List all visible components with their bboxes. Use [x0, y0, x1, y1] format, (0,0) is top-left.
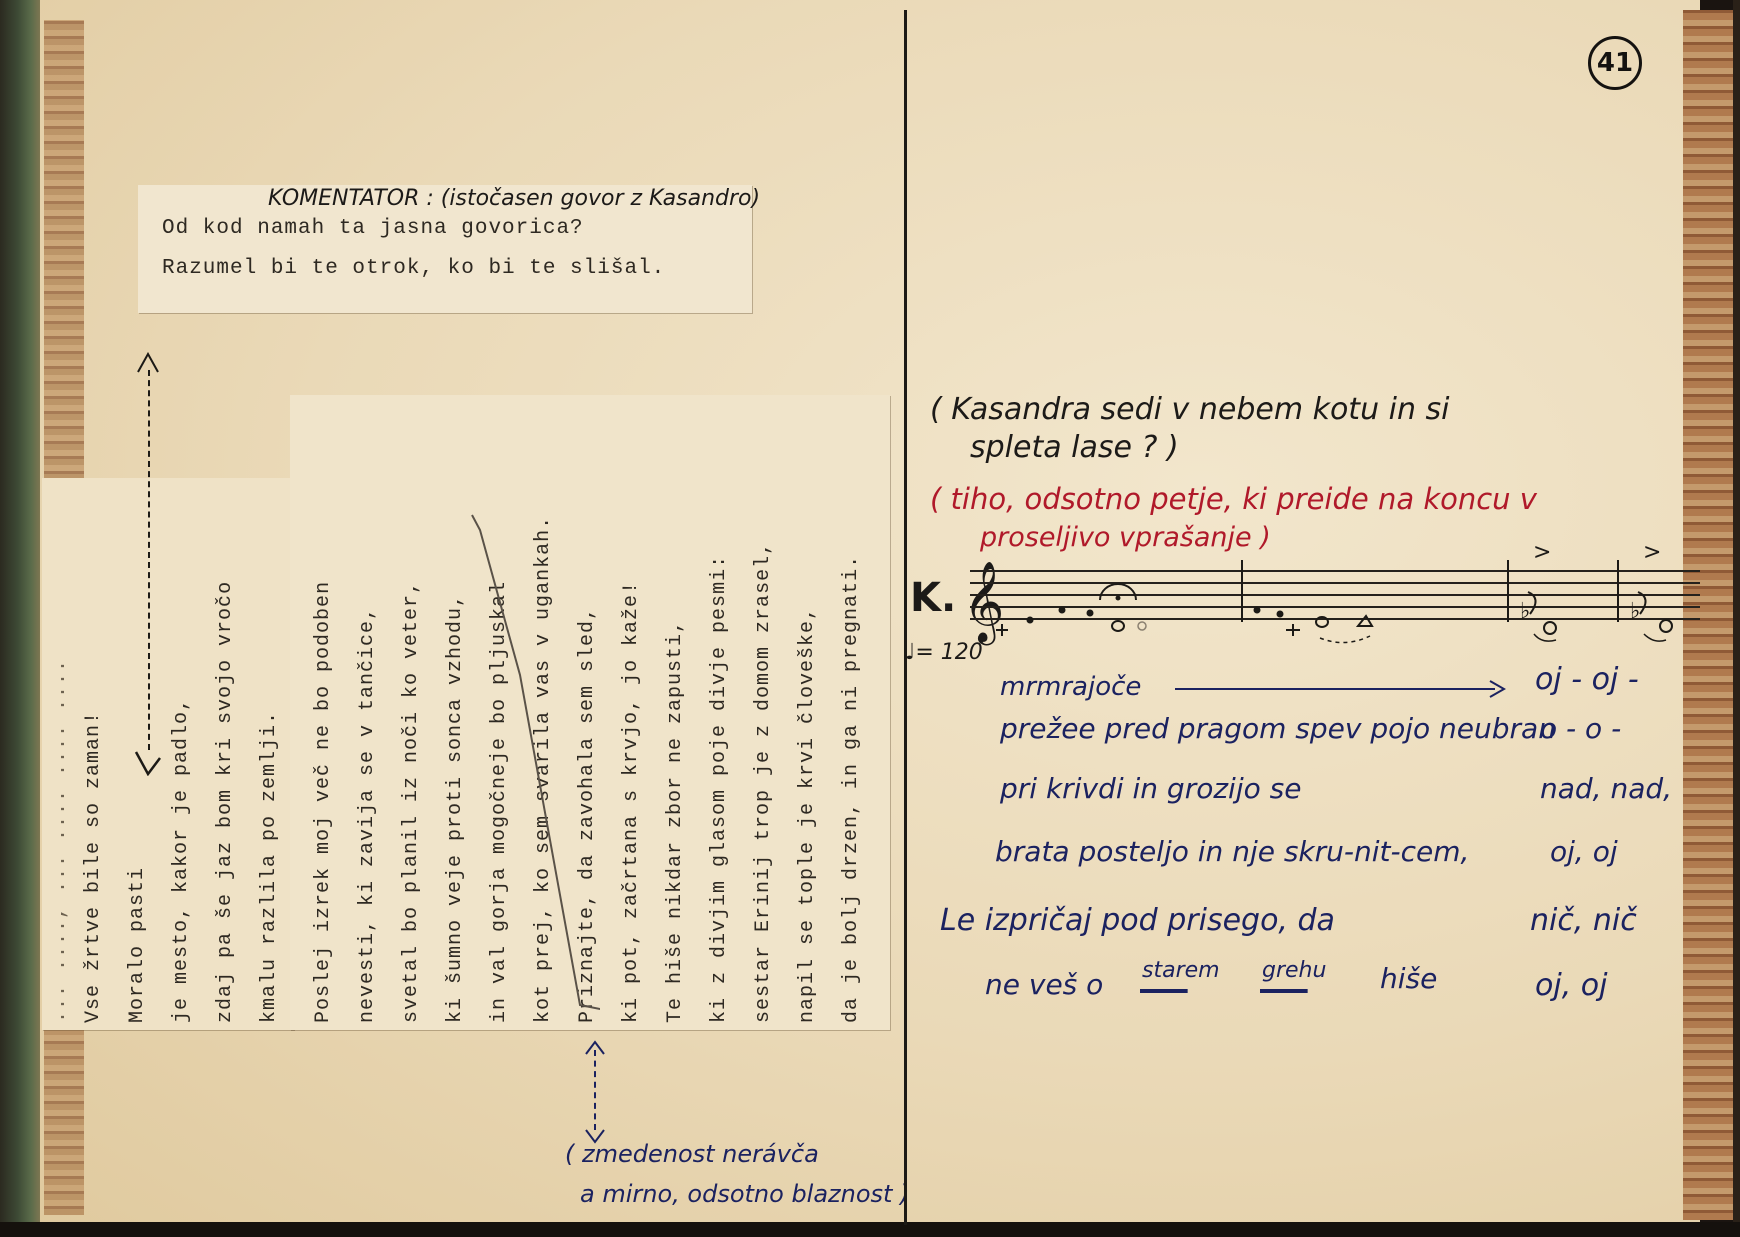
- lyric-tail: nič, nič: [1530, 903, 1637, 938]
- struck-word: ------: [1140, 978, 1188, 1003]
- arrow-right-icon: [1488, 679, 1506, 699]
- binder-frame-right: [1733, 0, 1740, 1237]
- pencil-strike-mark: [460, 505, 600, 1025]
- svg-text:♭: ♭: [1520, 599, 1530, 624]
- typed-line: Poslej izrek moj več ne bo podoben: [312, 581, 335, 1023]
- typed-line: da je bolj drzen, in ga ni pregnati.: [840, 555, 863, 1023]
- music-notes: ♭ ♭: [970, 540, 1700, 660]
- lyric-line: mrmrajoče: [1000, 672, 1141, 702]
- typed-line: je mesto, kakor je padlo,: [170, 698, 193, 1023]
- arrow-up-icon: [584, 1040, 606, 1056]
- typed-line: Od kod namah ta jasna govorica?: [162, 217, 584, 240]
- typed-line: napil se tople je krvi človeške,: [796, 607, 819, 1023]
- lyric-line: brata posteljo in nje skru-nit-cem,: [995, 835, 1469, 868]
- lyric-word: hiše: [1380, 962, 1437, 995]
- typed-line: nevesti, ki zavija se v tančice,: [356, 607, 379, 1023]
- dashed-arrow-left: [148, 370, 150, 750]
- accent-mark: >: [1643, 540, 1661, 565]
- stage-direction-line2: spleta lase ? ): [970, 430, 1179, 465]
- lyric-tail: nad, nad,: [1540, 772, 1672, 805]
- manuscript-page: 41 Od kod namah ta jasna govorica? Razum…: [0, 0, 1740, 1237]
- typed-line-cut: ... ...., ... .... .... ....: [48, 659, 71, 1023]
- typed-line: Moralo pasti: [126, 867, 149, 1023]
- lyric-tail: oj, oj: [1550, 835, 1618, 868]
- lyric-line: prežee pred pragom spev pojo neubran: [1000, 712, 1556, 745]
- typed-line: ki pot, začrtana s krvjo, jo kaže!: [620, 581, 643, 1023]
- typed-line: zdaj pa še jaz bom kri svojo vročo: [214, 581, 237, 1023]
- typed-line: kmalu razlila po zemlji.: [258, 711, 281, 1023]
- lyric-line: ne veš o: [985, 968, 1103, 1001]
- lyric-line: Le izpričaj pod prisego, da: [940, 903, 1335, 938]
- crescendo-arrow: [1175, 688, 1495, 690]
- komentator-heading: KOMENTATOR : (istočasen govor z Kasandro…: [268, 186, 760, 211]
- page-number-circle: 41: [1588, 36, 1642, 90]
- typed-line: svetal bo planil iz noči ko veter,: [400, 581, 423, 1023]
- voice-label: K.: [910, 575, 956, 621]
- dashed-arrow-bottom: [594, 1050, 596, 1130]
- accent-mark: >: [1533, 540, 1551, 565]
- stage-direction-line1: ( Kasandra sedi v nebem kotu in si: [930, 392, 1449, 427]
- typed-line: sestar Erinij trop je z domom zrasel,: [752, 542, 775, 1023]
- arrow-up-icon: [136, 352, 162, 374]
- typed-line: Te hiše nikdar zbor ne zapusti,: [664, 620, 687, 1023]
- struck-word: ------: [1260, 978, 1308, 1003]
- bottom-note-line1: ( zmedenost nerávča: [565, 1140, 819, 1168]
- lyric-tail: oj, oj: [1535, 968, 1607, 1003]
- red-direction-line1: ( tiho, odsotno petje, ki preide na konc…: [930, 482, 1537, 516]
- bottom-note-line2: a mirno, odsotno blaznost ): [580, 1180, 909, 1208]
- typed-line: Vse žrtve bile so zaman!: [82, 711, 105, 1023]
- binder-frame-bottom: [0, 1222, 1740, 1237]
- typed-line: Razumel bi te otrok, ko bi te slišal.: [162, 257, 665, 280]
- vertical-divider-line: [904, 10, 907, 1225]
- typed-line: ki z divjim glasom poje divje pesmi:: [708, 555, 731, 1023]
- svg-text:♭: ♭: [1630, 599, 1640, 624]
- lyric-tail: o - o -: [1540, 712, 1621, 745]
- lyric-line: pri krivdi in grozijo se: [1000, 772, 1301, 805]
- arrow-down-icon: [134, 750, 162, 776]
- left-typed-slip: ... ...., ... .... .... .... Vse žrtve b…: [42, 478, 294, 1030]
- lyric-tail: oj - oj -: [1535, 662, 1639, 697]
- binder-frame-left: [0, 0, 44, 1237]
- page-number: 41: [1597, 48, 1633, 78]
